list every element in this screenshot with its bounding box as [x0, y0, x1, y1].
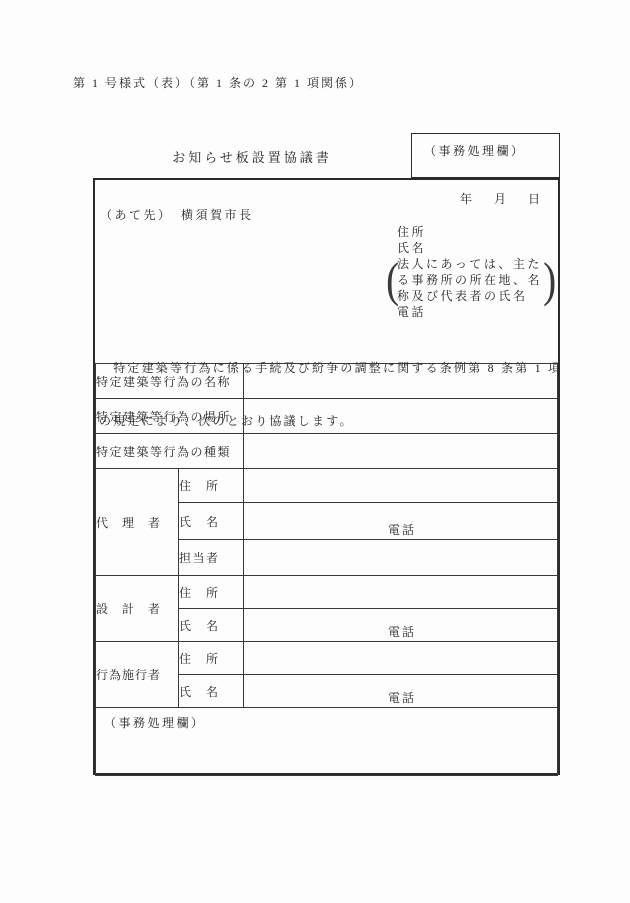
designer-address-label: 住 所 — [179, 576, 244, 609]
table-row: （事務処理欄） — [96, 708, 558, 776]
table-row: 設 計 者 住 所 — [96, 576, 558, 609]
designer-address-value — [244, 576, 558, 609]
value-cell-act-name — [244, 364, 558, 399]
executor-address-value — [244, 642, 558, 675]
agent-address-label: 住 所 — [179, 469, 244, 503]
group-label-designer: 設 計 者 — [96, 576, 179, 642]
agent-name-label: 氏 名 — [179, 503, 244, 540]
value-cell-act-type — [244, 434, 558, 469]
group-label-agent: 代 理 者 — [96, 469, 179, 576]
table-row: 行為施行者 住 所 — [96, 642, 558, 675]
admin-processing-box-label: （事務処理欄） — [412, 134, 559, 159]
designer-name-value: 電話 — [244, 609, 558, 642]
form-table: 特定建築等行為の名称 特定建築等行為の場所 特定建築等行為の種類 代 理 者 住… — [95, 363, 558, 776]
agent-staff-label: 担当者 — [179, 540, 244, 576]
group-label-executor: 行為施行者 — [96, 642, 179, 708]
document-title: お知らせ板設置協議書 — [93, 147, 411, 166]
designer-phone-label: 電話 — [388, 623, 416, 640]
table-row: 特定建築等行為の種類 — [96, 434, 558, 469]
executor-name-value: 電話 — [244, 675, 558, 708]
corporate-note-line: 称及び代表者の氏名 — [397, 288, 555, 304]
date-line: 年 月 日 — [460, 190, 545, 207]
corporate-note-line: 法人にあっては、主た — [397, 256, 555, 272]
admin-processing-box: （事務処理欄） — [411, 133, 560, 178]
executor-address-label: 住 所 — [179, 642, 244, 675]
document-page: 第 1 号様式（表）（第 1 条の 2 第 1 項関係） お知らせ板設置協議書 … — [0, 0, 630, 903]
executor-phone-label: 電話 — [388, 689, 416, 706]
table-row: 代 理 者 住 所 — [96, 469, 558, 503]
address-label: 住所 — [397, 224, 569, 240]
admin-processing-row: （事務処理欄） — [96, 708, 558, 776]
row-label-act-place: 特定建築等行為の場所 — [96, 399, 244, 434]
form-number-note: 第 1 号様式（表）（第 1 条の 2 第 1 項関係） — [73, 74, 363, 91]
agent-address-value — [244, 469, 558, 503]
table-row: 特定建築等行為の名称 — [96, 364, 558, 399]
table-row: 特定建築等行為の場所 — [96, 399, 558, 434]
addressee-line: （あて先） 横須賀市長 — [100, 206, 254, 223]
value-cell-act-place — [244, 399, 558, 434]
corporate-note-line: る事務所の所在地、名 — [397, 272, 555, 288]
agent-phone-label: 電話 — [388, 521, 416, 538]
row-label-act-name: 特定建築等行為の名称 — [96, 364, 244, 399]
row-label-act-type: 特定建築等行為の種類 — [96, 434, 244, 469]
agent-staff-value — [244, 540, 558, 576]
executor-name-label: 氏 名 — [179, 675, 244, 708]
agent-name-value: 電話 — [244, 503, 558, 540]
designer-name-label: 氏 名 — [179, 609, 244, 642]
phone-label: 電話 — [397, 304, 569, 320]
form-body-box: 年 月 日 （あて先） 横須賀市長 住所 氏名 ( 法人にあっては、主た る事務… — [93, 178, 560, 775]
applicant-block: 住所 氏名 ( 法人にあっては、主た る事務所の所在地、名 称及び代表者の氏名 … — [397, 224, 569, 320]
bracket-close: ) — [543, 255, 556, 305]
bracket-open: ( — [386, 255, 399, 305]
corporate-note: ( 法人にあっては、主た る事務所の所在地、名 称及び代表者の氏名 ) — [397, 256, 555, 304]
